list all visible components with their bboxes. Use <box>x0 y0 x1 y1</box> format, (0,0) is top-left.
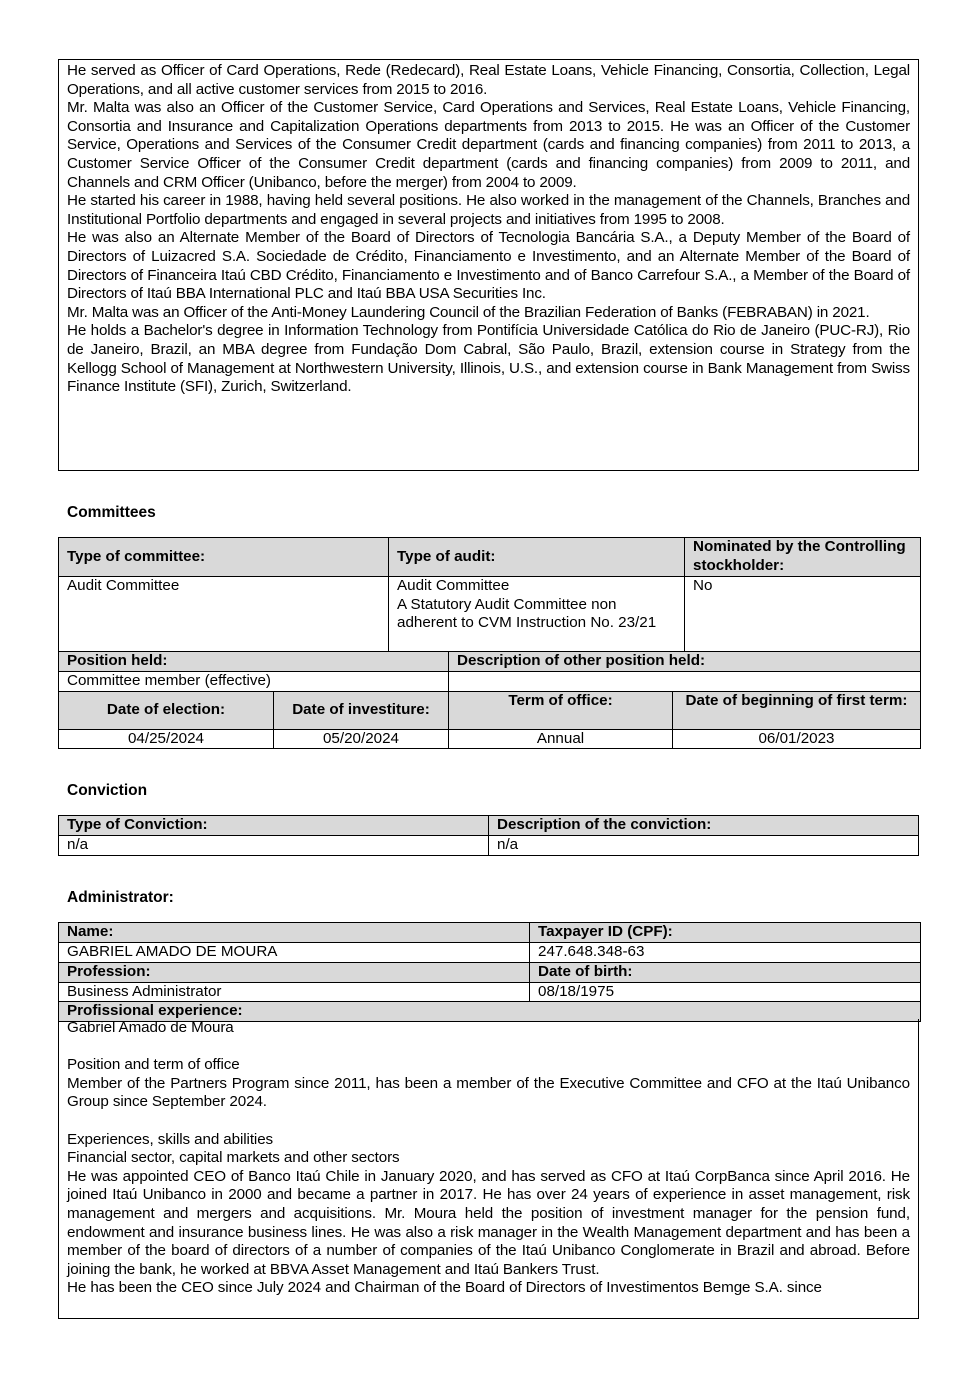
bio-paragraph: He served as Officer of Card Operations,… <box>67 62 910 99</box>
term-of-office-value: Annual <box>449 729 673 749</box>
bio-paragraph: Mr. Malta was an Officer of the Anti-Mon… <box>67 304 910 323</box>
type-of-audit-line2: A Statutory Audit Committee non adherent… <box>397 596 676 633</box>
type-of-audit-value: Audit Committee A Statutory Audit Commit… <box>389 577 685 652</box>
profession-header: Profession: <box>59 962 530 982</box>
position-table: Position held: Description of other posi… <box>58 651 921 749</box>
experience-box: Gabriel Amado de Moura Position and term… <box>58 1019 919 1319</box>
name-value: GABRIEL AMADO DE MOURA <box>59 943 530 963</box>
bio-paragraph: He was also an Alternate Member of the B… <box>67 229 910 303</box>
position-text: Member of the Partners Program since 201… <box>67 1075 910 1112</box>
profession-value: Business Administrator <box>59 982 530 1002</box>
ceo-text: He has been the CEO since July 2024 and … <box>67 1279 910 1298</box>
position-held-header: Position held: <box>59 652 449 672</box>
date-of-election-value: 04/25/2024 <box>59 729 274 749</box>
committee-type-table: Type of committee: Type of audit: Nomina… <box>58 537 921 652</box>
biography-box: He served as Officer of Card Operations,… <box>58 59 919 471</box>
nominated-value: No <box>685 577 921 652</box>
date-of-birth-value: 08/18/1975 <box>530 982 921 1002</box>
other-position-header: Description of other position held: <box>449 652 921 672</box>
bio-paragraph: Mr. Malta was also an Officer of the Cus… <box>67 99 910 192</box>
bio-paragraph: He started his career in 1988, having he… <box>67 192 910 229</box>
date-of-investiture-value: 05/20/2024 <box>274 729 449 749</box>
name-header: Name: <box>59 923 530 943</box>
position-heading: Position and term of office <box>67 1056 910 1075</box>
first-term-value: 06/01/2023 <box>673 729 921 749</box>
cpf-value: 247.648.348-63 <box>530 943 921 963</box>
date-of-election-header: Date of election: <box>59 691 274 729</box>
date-of-investiture-header: Date of investiture: <box>274 691 449 729</box>
first-term-header: Date of beginning of first term: <box>673 691 921 729</box>
cpf-header: Taxpayer ID (CPF): <box>530 923 921 943</box>
committees-title: Committees <box>67 504 156 522</box>
type-of-audit-header: Type of audit: <box>389 538 685 577</box>
nominated-header: Nominated by the Controlling stockholder… <box>685 538 921 577</box>
conviction-table: Type of Conviction: Description of the c… <box>58 815 919 856</box>
conviction-description-header: Description of the conviction: <box>489 816 919 836</box>
sector-heading: Financial sector, capital markets and ot… <box>67 1149 910 1168</box>
career-text: He was appointed CEO of Banco Itaú Chile… <box>67 1168 910 1280</box>
administrator-title: Administrator: <box>67 889 174 907</box>
conviction-title: Conviction <box>67 782 147 800</box>
date-of-birth-header: Date of birth: <box>530 962 921 982</box>
bio-paragraph: He holds a Bachelor's degree in Informat… <box>67 322 910 396</box>
position-held-value: Committee member (effective) <box>59 672 449 692</box>
type-of-committee-header: Type of committee: <box>59 538 389 577</box>
conviction-type-value: n/a <box>59 836 489 856</box>
other-position-value <box>449 672 921 692</box>
conviction-description-value: n/a <box>489 836 919 856</box>
experience-name-line: Gabriel Amado de Moura <box>67 1019 910 1038</box>
skills-heading: Experiences, skills and abilities <box>67 1131 910 1150</box>
type-of-committee-value: Audit Committee <box>59 577 389 652</box>
administrator-table: Name: Taxpayer ID (CPF): GABRIEL AMADO D… <box>58 922 921 1022</box>
term-of-office-header: Term of office: <box>449 691 673 729</box>
type-of-audit-line1: Audit Committee <box>397 577 676 596</box>
conviction-type-header: Type of Conviction: <box>59 816 489 836</box>
